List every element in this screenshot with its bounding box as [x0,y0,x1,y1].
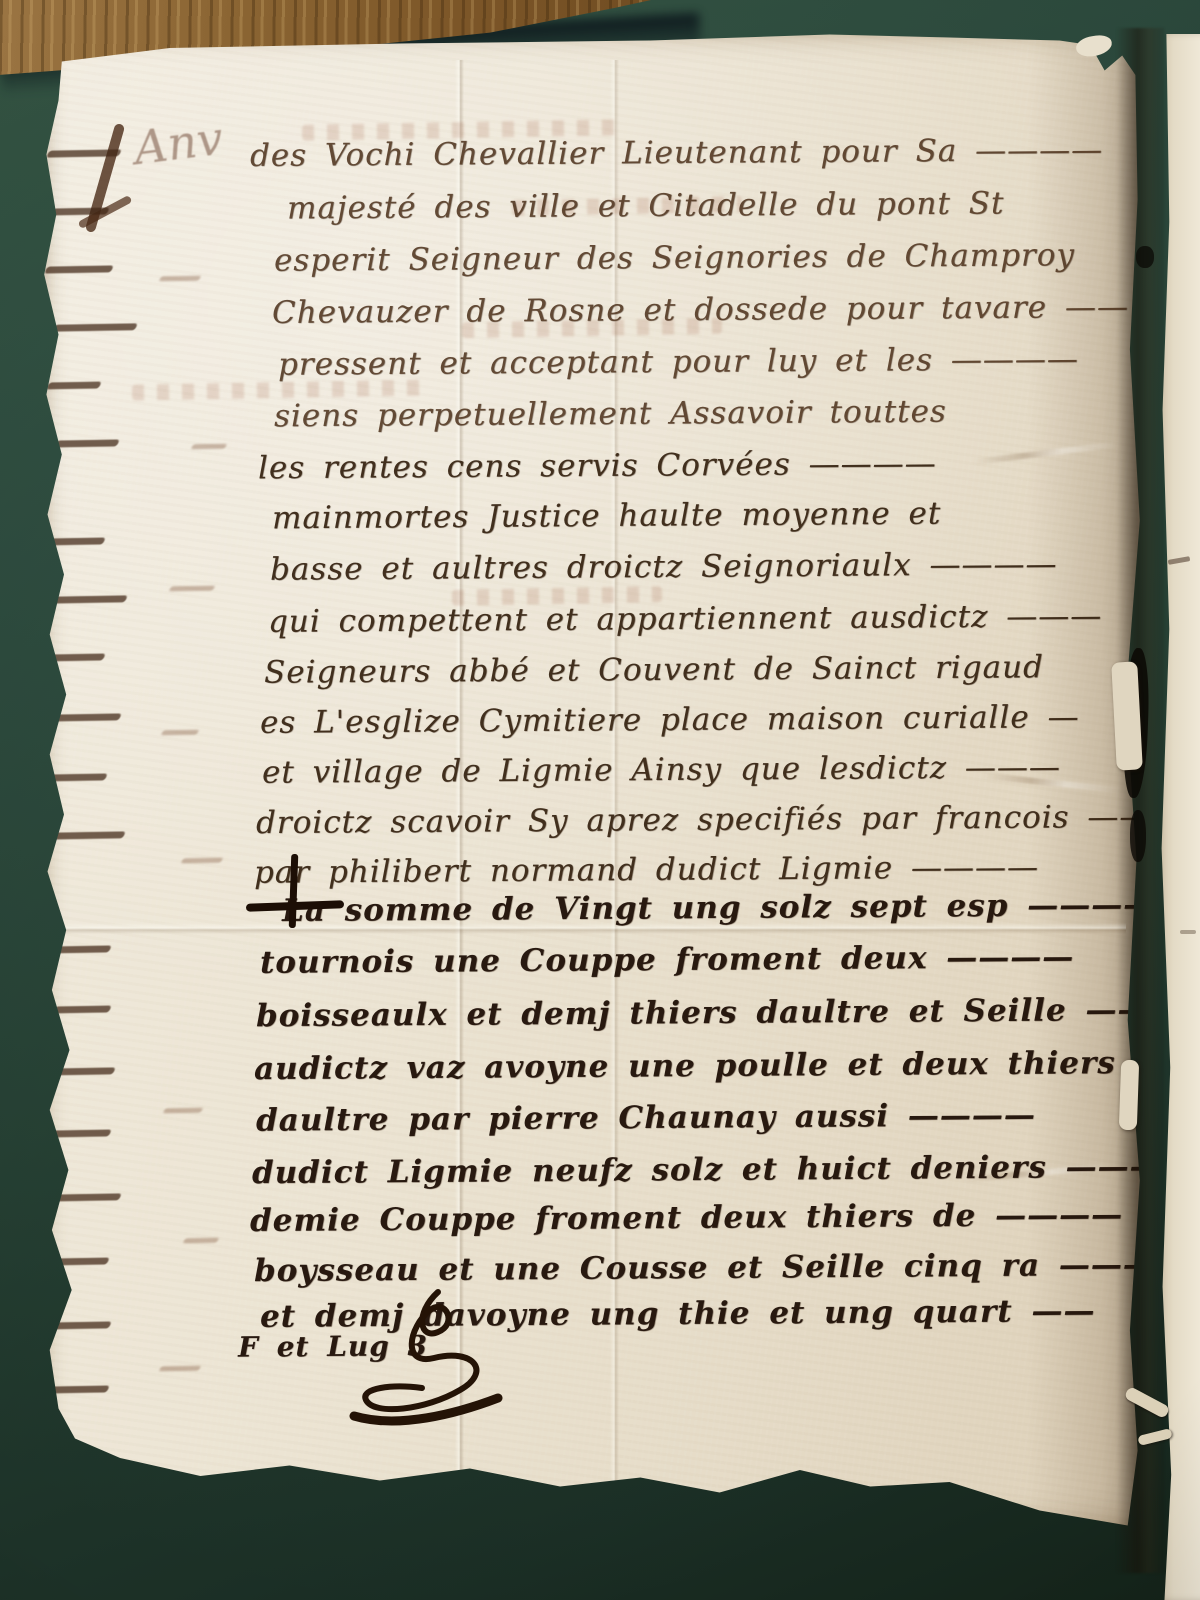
paper-wrinkle [972,441,1122,465]
text-line: mainmortes Justice haulte moyenne et [272,496,942,537]
text-line: audictz vaz avoyne une poulle et deux th… [254,1045,1167,1087]
marginal-annotation: Anv [131,111,226,175]
text-line: basse et aultres droictz Seignoriaulx ——… [270,546,1058,587]
text-line: par philibert normand dudict Ligmie ———— [254,849,1039,890]
ink-bleedthrough-mark [46,945,112,953]
text-line: boisseaulx et demj thiers daultre et Sei… [256,992,1182,1034]
ink-bleedthrough-mark [169,586,216,592]
ink-bleedthrough-mark [44,537,106,545]
ink-bleedthrough-mark [44,1321,112,1329]
text-line: Seigneurs abbé et Couvent de Sainct riga… [264,649,1044,690]
ink-bleedthrough-mark [191,444,228,450]
ink-bleedthrough-mark [44,265,114,273]
ink-bleedthrough-mark [183,1238,220,1244]
ink-bleedthrough-mark [46,149,122,157]
ink-bleedthrough-mark [46,1193,122,1201]
manuscript-page: Anv [42,30,1142,1530]
signature-flourish [340,1286,530,1436]
text-line: tournois une Couppe froment deux ———— [260,939,1074,981]
ink-bleedthrough-mark [54,439,120,447]
text-line: dudict Ligmie neufz solz et huict denier… [252,1149,1162,1191]
text-line: les rentes cens servis Corvées ———— [258,446,937,487]
text-line: droictz scavoir Sy aprez specifiés par f… [256,799,1152,841]
ink-bleedthrough-mark [46,654,106,662]
ink-bleedthrough-mark [52,1006,112,1014]
torn-paper-flap [1111,661,1143,770]
ink-bleedthrough-mark [50,208,110,216]
text-line: qui compettent et appartiennent ausdictz… [268,598,1102,640]
ink-bleedthrough-mark [50,595,128,603]
text-line: es L'esglize Cymitiere place maison curi… [260,699,1080,741]
text-line: et village de Ligmie Ainsy que lesdictz … [262,749,1061,791]
gutter-tear-gap [1130,810,1146,862]
ink-bleedthrough-mark [44,1067,116,1075]
ink-bleedthrough-mark [44,773,108,781]
ink-bleedthrough-mark [50,1129,112,1137]
torn-edge-tatter [1075,34,1113,59]
text-line: esperit Seigneur des Seignories de Champ… [274,237,1075,279]
ink-bleedthrough-mark [46,382,102,390]
text-line: majesté des ville et Citadelle du pont S… [287,185,1005,226]
text-line: des Vochi Chevallier Lieutenant pour Sa … [250,132,1103,174]
text-line: Chevauzer de Rosne et dossede pour tavar… [272,289,1129,331]
ink-bleedthrough-mark [52,1258,110,1266]
ink-bleedthrough-mark [163,1108,204,1114]
ink-bleedthrough-mark [159,276,202,282]
ink-bleedthrough-mark [52,323,138,331]
ink-bleedthrough-mark [48,1385,110,1393]
text-line: siens perpetuellement Assavoir touttes [274,394,947,435]
ink-bleedthrough-mark [159,1366,202,1372]
text-line: La somme de Vingt ung solz sept esp ———— [282,887,1155,929]
ink-bleedthrough-mark [50,831,126,839]
ink-bleedthrough-mark [181,858,224,864]
text-line: boysseau et une Cousse et Seille cinq ra… [254,1247,1155,1289]
text-line: daultre par pierre Chaunay aussi ———— [256,1097,1036,1138]
manuscript-photograph: Anv [0,0,1200,1600]
ink-bleedthrough-mark [52,713,122,721]
text-line: pressent et acceptant pour luy et les ——… [278,341,1079,383]
facing-page-ink-mark [1180,930,1196,934]
sewing-notch [1136,246,1154,268]
text-line: demie Couppe froment deux thiers de ———— [250,1197,1123,1239]
torn-paper-flap [1119,1060,1139,1131]
ink-bleedthrough-mark [161,730,200,736]
